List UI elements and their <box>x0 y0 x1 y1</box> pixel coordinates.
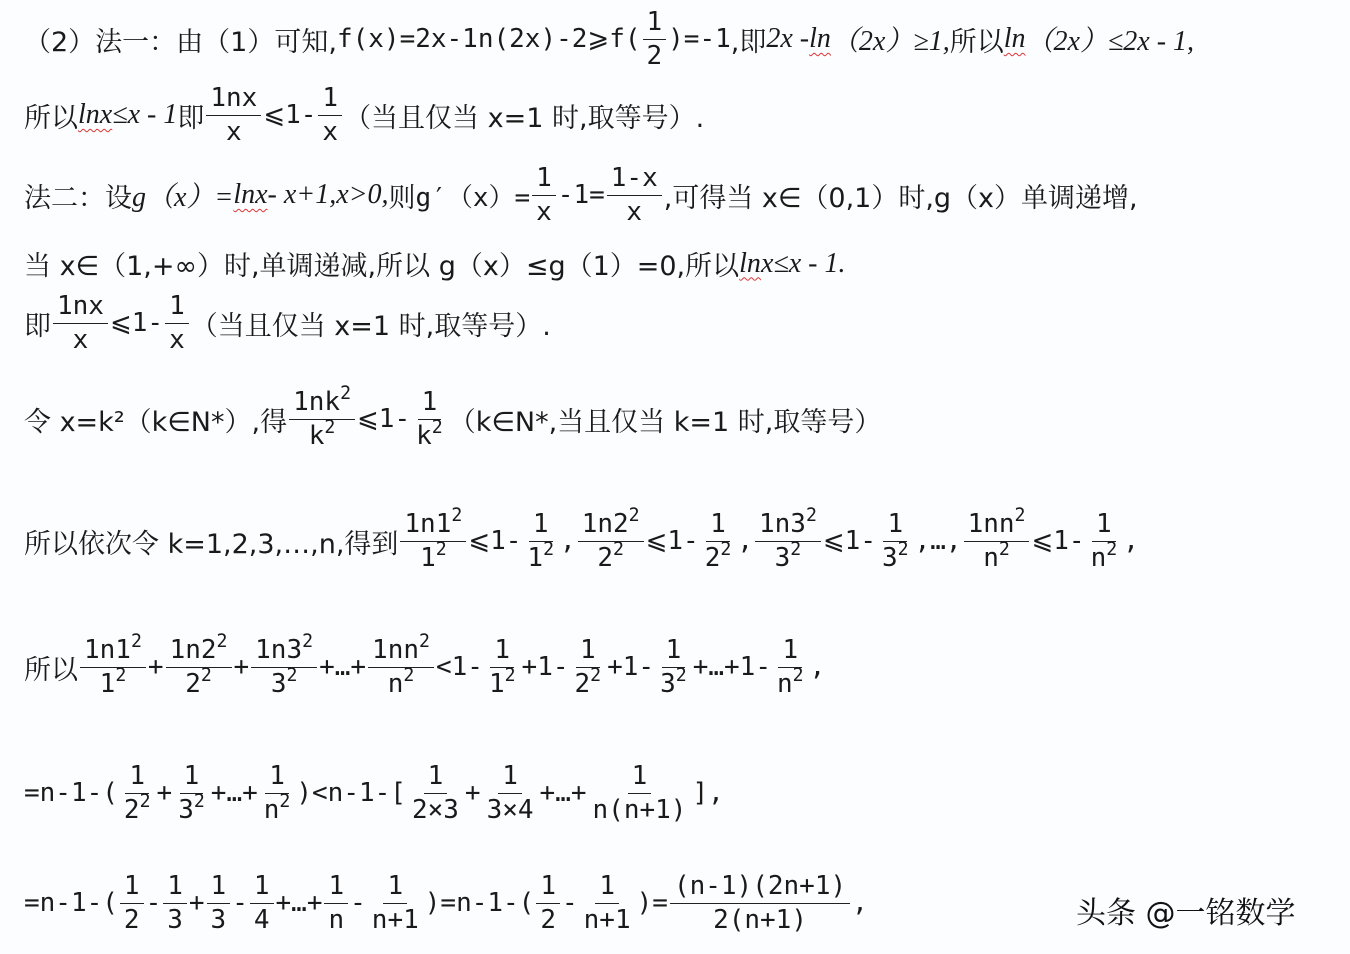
math-token: n <box>264 795 280 825</box>
math-token: +1- <box>607 652 654 682</box>
math-token: 1 <box>100 669 116 699</box>
math-token: 2 <box>432 417 443 438</box>
watermark: 头条 @一铭数学 <box>1076 888 1296 932</box>
fraction: 12 <box>120 872 144 934</box>
line-conclusion-inequality: 即 1nxx ⩽1- 1x （当且仅当 x=1 时,取等号）. <box>24 292 551 354</box>
text: 所以依次令 k=1,2,3,…,n,得到 <box>24 522 398 561</box>
math-token: x <box>222 116 246 147</box>
math-token: 3×4 <box>483 794 538 825</box>
fraction: 132 <box>656 636 691 698</box>
line-substitution: 令 x=k²（k∈N*）,得 1nk2k2 ⩽1- 1k2 （k∈N*,当且仅当… <box>24 388 881 450</box>
formula: （2x）≤2x - 1, <box>1026 19 1195 59</box>
math-token: +…+ <box>319 652 366 682</box>
formula: x≤x - 1. <box>761 248 846 280</box>
fraction: 1nn2n2 <box>368 636 434 698</box>
math-token: 1 <box>498 762 522 794</box>
math-token: 3 <box>775 543 791 573</box>
math-token: 1 <box>318 84 342 116</box>
math-token: 1 <box>383 872 407 904</box>
math-token: x <box>622 196 646 227</box>
math-token: ⩽1- <box>646 526 699 556</box>
fraction: 1k2 <box>412 388 447 450</box>
math-token: + <box>234 652 250 682</box>
math-token: x <box>318 116 342 147</box>
math-token: 2 <box>590 665 601 686</box>
math-token: 1 <box>120 872 144 904</box>
fraction: 1n(n+1) <box>589 762 691 824</box>
math-token: 1 <box>536 872 560 904</box>
fraction: 1nn2n2 <box>964 510 1030 572</box>
math-token: 1-x <box>607 164 662 196</box>
text: 所以 <box>24 96 78 135</box>
math-token: , <box>810 652 826 682</box>
math-token: 1 <box>180 762 204 794</box>
spellcheck-ln: lnx <box>78 99 112 131</box>
text: （当且仅当 x=1 时,取等号）. <box>344 96 704 135</box>
math-token: n <box>777 669 793 699</box>
fraction: 12×3 <box>408 762 463 824</box>
math-token: 2 <box>720 539 731 560</box>
line-monotonic-decrease: 当 x∈（1,+∞）时,单调递减,所以 g（x）≤g（1）=0,所以 ln x≤… <box>24 244 845 283</box>
math-token: 1 <box>1092 510 1116 542</box>
math-token: 1 <box>489 669 505 699</box>
math-token: 2 <box>324 417 335 438</box>
fraction: 132 <box>878 510 913 572</box>
fraction: 1n2 <box>773 636 808 698</box>
math-token: - <box>562 888 578 918</box>
formula: ⩽1- <box>110 308 163 338</box>
math-token: 2 <box>543 539 554 560</box>
math-token: 2 <box>575 669 591 699</box>
math-token: 1n2 <box>170 635 217 665</box>
text: （2）法一：由（1）可知, <box>24 20 337 59</box>
formula: -1= <box>558 180 605 210</box>
fraction: 122 <box>571 636 606 698</box>
formula: =n-1-( <box>24 778 118 808</box>
math-token: 2 <box>597 543 613 573</box>
math-token: 2 <box>124 795 140 825</box>
math-token: ], <box>692 778 723 808</box>
line-final-result: =n-1-( 12 - 13 + 13 - 14 +…+ 1n - 1n+1 )… <box>24 872 868 934</box>
math-token: 1nx <box>206 84 261 116</box>
fraction: 1nxx <box>206 84 261 146</box>
math-token: 1 <box>420 543 436 573</box>
fraction-final: (n-1)(2n+1)2(n+1) <box>670 872 850 934</box>
math-token: 2 <box>1106 539 1117 560</box>
text: 所以 <box>950 20 1004 59</box>
math-token: 2 <box>201 665 212 686</box>
spellcheck-ln: ln <box>1004 23 1026 55</box>
math-token: (n-1)(2n+1) <box>670 872 850 904</box>
math-token: 2 <box>705 543 721 573</box>
math-token: n <box>324 904 348 935</box>
math-token: x <box>165 324 189 355</box>
math-token: 1nn <box>372 635 419 665</box>
math-token: + <box>189 888 205 918</box>
math-token: 2 <box>302 631 313 652</box>
math-token: x <box>532 196 556 227</box>
math-token: ⩽1- <box>823 526 876 556</box>
text: ,可得当 x∈（0,1）时,g（x）单调递增, <box>664 176 1138 215</box>
math-token: 1 <box>490 636 514 668</box>
math-token: 1 <box>706 510 730 542</box>
spellcheck-ln: lnx <box>233 179 267 211</box>
fraction: 122 <box>701 510 736 572</box>
math-token: - <box>146 888 162 918</box>
fraction: 1n1212 <box>400 510 466 572</box>
math-token: 2×3 <box>408 794 463 825</box>
math-token: 2 <box>629 505 640 526</box>
math-token: 1 <box>595 872 619 904</box>
math-token: ⩽1- <box>468 526 521 556</box>
math-token: 1 <box>125 762 149 794</box>
math-token: , <box>560 526 576 556</box>
math-token: k <box>416 421 432 451</box>
math-token: 1 <box>576 636 600 668</box>
math-token: 2 <box>676 665 687 686</box>
text: 法二：设 <box>24 176 132 215</box>
math-token: 1 <box>532 164 556 196</box>
math-token: 1 <box>163 872 187 904</box>
fraction: 1nk2k2 <box>289 388 355 450</box>
math-token: n <box>388 669 404 699</box>
fraction: 1n1212 <box>80 636 146 698</box>
math-token: 1 <box>529 510 553 542</box>
math-token: 1nn <box>968 509 1015 539</box>
formula: ≤x - 1 <box>112 99 177 131</box>
math-token: 2 <box>115 665 126 686</box>
math-token: 2 <box>185 669 201 699</box>
math-token: + <box>148 652 164 682</box>
fraction: 112 <box>523 510 558 572</box>
math-token: 1 <box>643 8 667 40</box>
math-token: 1n3 <box>759 509 806 539</box>
fraction: 1-xx <box>607 164 662 226</box>
math-token: 2(n+1) <box>709 904 811 935</box>
fraction: 13 <box>207 872 231 934</box>
math-token: < <box>436 652 452 682</box>
math-token: 2 <box>505 665 516 686</box>
line-method1-intro: （2）法一：由（1）可知, f(x)=2x-1n(2x)-2⩾f( 12 )=-… <box>24 8 1194 70</box>
math-token: n+1 <box>580 904 635 935</box>
math-token: 1 <box>424 762 448 794</box>
math-token: 2 <box>403 665 414 686</box>
math-token: n(n+1) <box>589 794 691 825</box>
fraction: 1n+1 <box>580 872 635 934</box>
math-token: 1nk <box>293 387 340 417</box>
formula: =n-1-( <box>24 888 118 918</box>
math-token: 1n1 <box>404 509 451 539</box>
formula: f(x)=2x-1n(2x)-2⩾f( <box>337 24 641 54</box>
spellcheck-ln: ln <box>739 248 761 280</box>
text: 即 <box>177 96 204 135</box>
fraction: 122 <box>120 762 155 824</box>
text: ,即 <box>731 20 767 59</box>
fraction: 1n2222 <box>166 636 232 698</box>
fraction: 1n2 <box>1087 510 1122 572</box>
math-token: +1- <box>522 652 569 682</box>
fraction: 1x <box>318 84 342 146</box>
formula: - x+1,x>0, <box>268 179 389 211</box>
math-token: 3 <box>660 669 676 699</box>
math-token: 1 <box>628 762 652 794</box>
math-token: 3 <box>882 543 898 573</box>
math-token: 1n2 <box>582 509 629 539</box>
math-token: 3 <box>178 795 194 825</box>
fraction: 132 <box>174 762 209 824</box>
fraction: 13 <box>163 872 187 934</box>
math-token: n+1 <box>368 904 423 935</box>
math-token: 2 <box>790 539 801 560</box>
fraction: 112 <box>485 636 520 698</box>
fraction: 1n+1 <box>368 872 423 934</box>
math-token: 3 <box>207 904 231 935</box>
line-bound: =n-1-( 122 + 132 +…+ 1n2 )<n-1-[ 12×3 + … <box>24 762 724 824</box>
math-token: 2 <box>340 383 351 404</box>
math-token: n <box>1091 543 1107 573</box>
formula: （2x）≥1, <box>831 19 950 59</box>
fraction: 1n2 <box>260 762 295 824</box>
math-token: + <box>465 778 481 808</box>
math-token: +…+1- <box>693 652 771 682</box>
math-token: 2 <box>279 791 290 812</box>
formula: ⩽1- <box>357 404 410 434</box>
math-token: 1 <box>527 543 543 573</box>
math-token: n <box>983 543 999 573</box>
math-token: - <box>350 888 366 918</box>
math-token: )<n-1-[ <box>296 778 406 808</box>
math-token: 1- <box>452 652 483 682</box>
fraction: 13×4 <box>483 762 538 824</box>
math-token: , <box>1123 526 1139 556</box>
line-method2-intro: 法二：设 g（x）= lnx - x+1,x>0, 则 g′（x）= 1x -1… <box>24 164 1138 226</box>
text: 则 <box>389 176 416 215</box>
text: 令 x=k²（k∈N*）,得 <box>24 400 287 439</box>
formula: g（x）= <box>132 175 233 215</box>
math-token: 2 <box>120 904 144 935</box>
math-token: +…+ <box>276 888 323 918</box>
math-token: 3 <box>163 904 187 935</box>
math-token: 2 <box>643 40 667 71</box>
math-token: 1 <box>265 762 289 794</box>
text: 当 x∈（1,+∞）时,单调递减,所以 g（x）≤g（1）=0,所以 <box>24 244 739 283</box>
math-token: )=n-1-( <box>425 888 535 918</box>
line-sum: 所以 1n1212 + 1n2222 + 1n3232 +…+ 1nn2n2 <… <box>24 636 825 698</box>
fraction: 1x <box>532 164 556 226</box>
math-token: 2 <box>999 539 1010 560</box>
math-token: 2 <box>436 539 447 560</box>
spellcheck-ln: ln <box>809 23 831 55</box>
formula: ⩽1- <box>263 100 316 130</box>
text: （当且仅当 x=1 时,取等号）. <box>191 304 551 343</box>
math-token: - <box>232 888 248 918</box>
math-token: ,…, <box>915 526 962 556</box>
math-token: 2 <box>194 791 205 812</box>
text: （k∈N*,当且仅当 k=1 时,取等号） <box>449 400 882 439</box>
line-sequence: 所以依次令 k=1,2,3,…,n,得到 1n1212 ⩽1- 112 , 1n… <box>24 510 1139 572</box>
fraction: 1n2222 <box>578 510 644 572</box>
math-token: 2 <box>217 631 228 652</box>
math-token: 4 <box>250 904 274 935</box>
formula: 2x - <box>766 23 809 55</box>
math-token: 1 <box>250 872 274 904</box>
line-ln-inequality: 所以 lnx ≤x - 1 即 1nxx ⩽1- 1x （当且仅当 x=1 时,… <box>24 84 704 146</box>
text: 所以 <box>24 648 78 687</box>
fraction: 12 <box>536 872 560 934</box>
math-token: 1n1 <box>84 635 131 665</box>
math-token: , <box>852 888 868 918</box>
math-token: +…+ <box>211 778 258 808</box>
fraction: 1n3232 <box>251 636 317 698</box>
math-token: 1 <box>165 292 189 324</box>
math-token: + <box>157 778 173 808</box>
math-token: 2 <box>898 539 909 560</box>
math-token: , <box>737 526 753 556</box>
math-token: 1 <box>207 872 231 904</box>
math-token: 2 <box>536 904 560 935</box>
math-token: )= <box>637 888 668 918</box>
math-token: 2 <box>419 631 430 652</box>
math-token: +…+ <box>540 778 587 808</box>
math-token: 2 <box>286 665 297 686</box>
math-token: 1 <box>662 636 686 668</box>
math-token: 2 <box>793 665 804 686</box>
fraction: 12 <box>643 8 667 70</box>
math-token: 2 <box>131 631 142 652</box>
formula: g′（x）= <box>416 177 531 214</box>
fraction: 1nxx <box>53 292 108 354</box>
math-token: ⩽1- <box>1031 526 1084 556</box>
math-token: 1 <box>883 510 907 542</box>
math-token: k <box>309 421 325 451</box>
fraction: 14 <box>250 872 274 934</box>
math-token: 2 <box>806 505 817 526</box>
formula: )=-1 <box>668 24 731 54</box>
math-token: 1nx <box>53 292 108 324</box>
math-token: 2 <box>1015 505 1026 526</box>
text: 即 <box>24 304 51 343</box>
fraction: 1n <box>324 872 348 934</box>
math-token: x <box>69 324 93 355</box>
fraction: 1n3232 <box>755 510 821 572</box>
math-token: 2 <box>451 505 462 526</box>
math-token: 2 <box>140 791 151 812</box>
math-token: 1 <box>778 636 802 668</box>
math-token: 1 <box>324 872 348 904</box>
math-token: 1n3 <box>255 635 302 665</box>
math-token: 3 <box>271 669 287 699</box>
math-token: 2 <box>613 539 624 560</box>
fraction: 1x <box>165 292 189 354</box>
math-token: 1 <box>418 388 442 420</box>
